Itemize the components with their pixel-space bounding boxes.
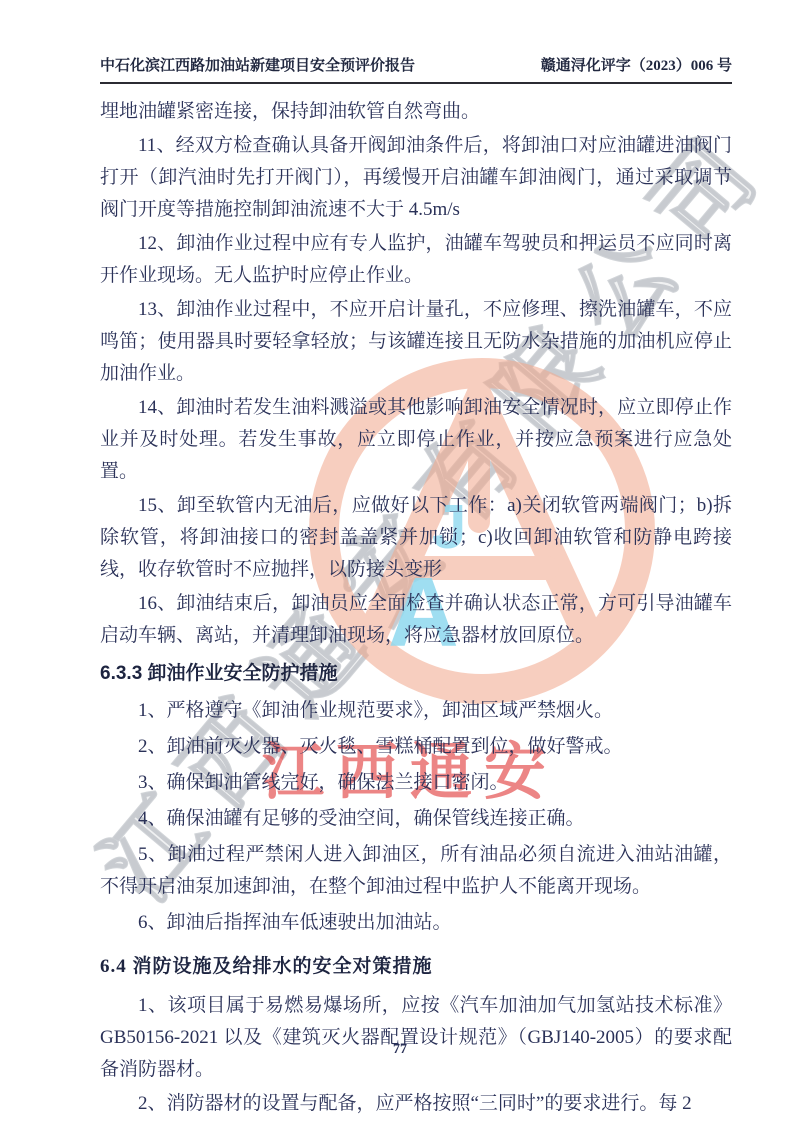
list-item-6: 6、卸油后指挥油车低速驶出加油站。 <box>100 907 732 939</box>
paragraph-16: 16、卸油结束后，卸油员应全面检查并确认状态正常，方可引导油罐车启动车辆、离站，… <box>100 588 732 652</box>
paragraph-12: 12、卸油作业过程中应有专人监护，油罐车驾驶员和押运员不应同时离开作业现场。无人… <box>100 228 732 292</box>
paragraph-14: 14、卸油时若发生油料溅溢或其他影响卸油安全情况时，应立即停止作业并及时处理。若… <box>100 392 732 488</box>
list-item-4: 4、确保油罐有足够的受油空间，确保管线连接正确。 <box>100 803 732 835</box>
list-item-3: 3、确保卸油管线完好，确保法兰接口密闭。 <box>100 767 732 799</box>
document-number: 赣通浔化评字（2023）006 号 <box>541 54 732 75</box>
report-title: 中石化滨江西路加油站新建项目安全预评价报告 <box>100 54 415 75</box>
page-header: 中石化滨江西路加油站新建项目安全预评价报告 赣通浔化评字（2023）006 号 <box>100 54 732 84</box>
document-page: 江西通安有限公司 J A 江西通安 中石化滨江西路加油站新建项目安全预评价报告 … <box>0 0 800 1131</box>
section-heading-6-3-3: 6.3.3 卸油作业安全防护措施 <box>100 658 732 690</box>
paragraph-6-4-2: 2、消防器材的设置与配备，应严格按照“三同时”的要求进行。每 2 <box>100 1088 732 1120</box>
body-text: 埋地油罐紧密连接，保持卸油软管自然弯曲。 11、经双方检查确认具备开阀卸油条件后… <box>100 96 732 1120</box>
section-heading-6-4: 6.4 消防设施及给排水的安全对策措施 <box>100 951 732 983</box>
list-item-1: 1、严格遵守《卸油作业规范要求》，卸油区域严禁烟火。 <box>100 695 732 727</box>
list-item-2: 2、卸油前灭火器、灭火毯、雪糕桶配置到位，做好警戒。 <box>100 731 732 763</box>
paragraph-15: 15、卸至软管内无油后，应做好以下工作：a)关闭软管两端阀门；b)拆除软管，将卸… <box>100 490 732 586</box>
paragraph-11: 11、经双方检查确认具备开阀卸油条件后，将卸油口对应油罐进油阀门打开（卸汽油时先… <box>100 130 732 226</box>
paragraph-13: 13、卸油作业过程中，不应开启计量孔，不应修理、擦洗油罐车，不应鸣笛；使用器具时… <box>100 294 732 390</box>
paragraph-continuation: 埋地油罐紧密连接，保持卸油软管自然弯曲。 <box>100 96 732 128</box>
list-item-5: 5、卸油过程严禁闲人进入卸油区，所有油品必须自流进入油站油罐，不得开启油泵加速卸… <box>100 839 732 903</box>
page-number: 77 <box>0 1042 800 1058</box>
paragraph-6-4-1: 1、该项目属于易燃易爆场所，应按《汽车加油加气加氢站技术标准》GB50156-2… <box>100 990 732 1086</box>
page-content: 中石化滨江西路加油站新建项目安全预评价报告 赣通浔化评字（2023）006 号 … <box>0 0 800 1120</box>
